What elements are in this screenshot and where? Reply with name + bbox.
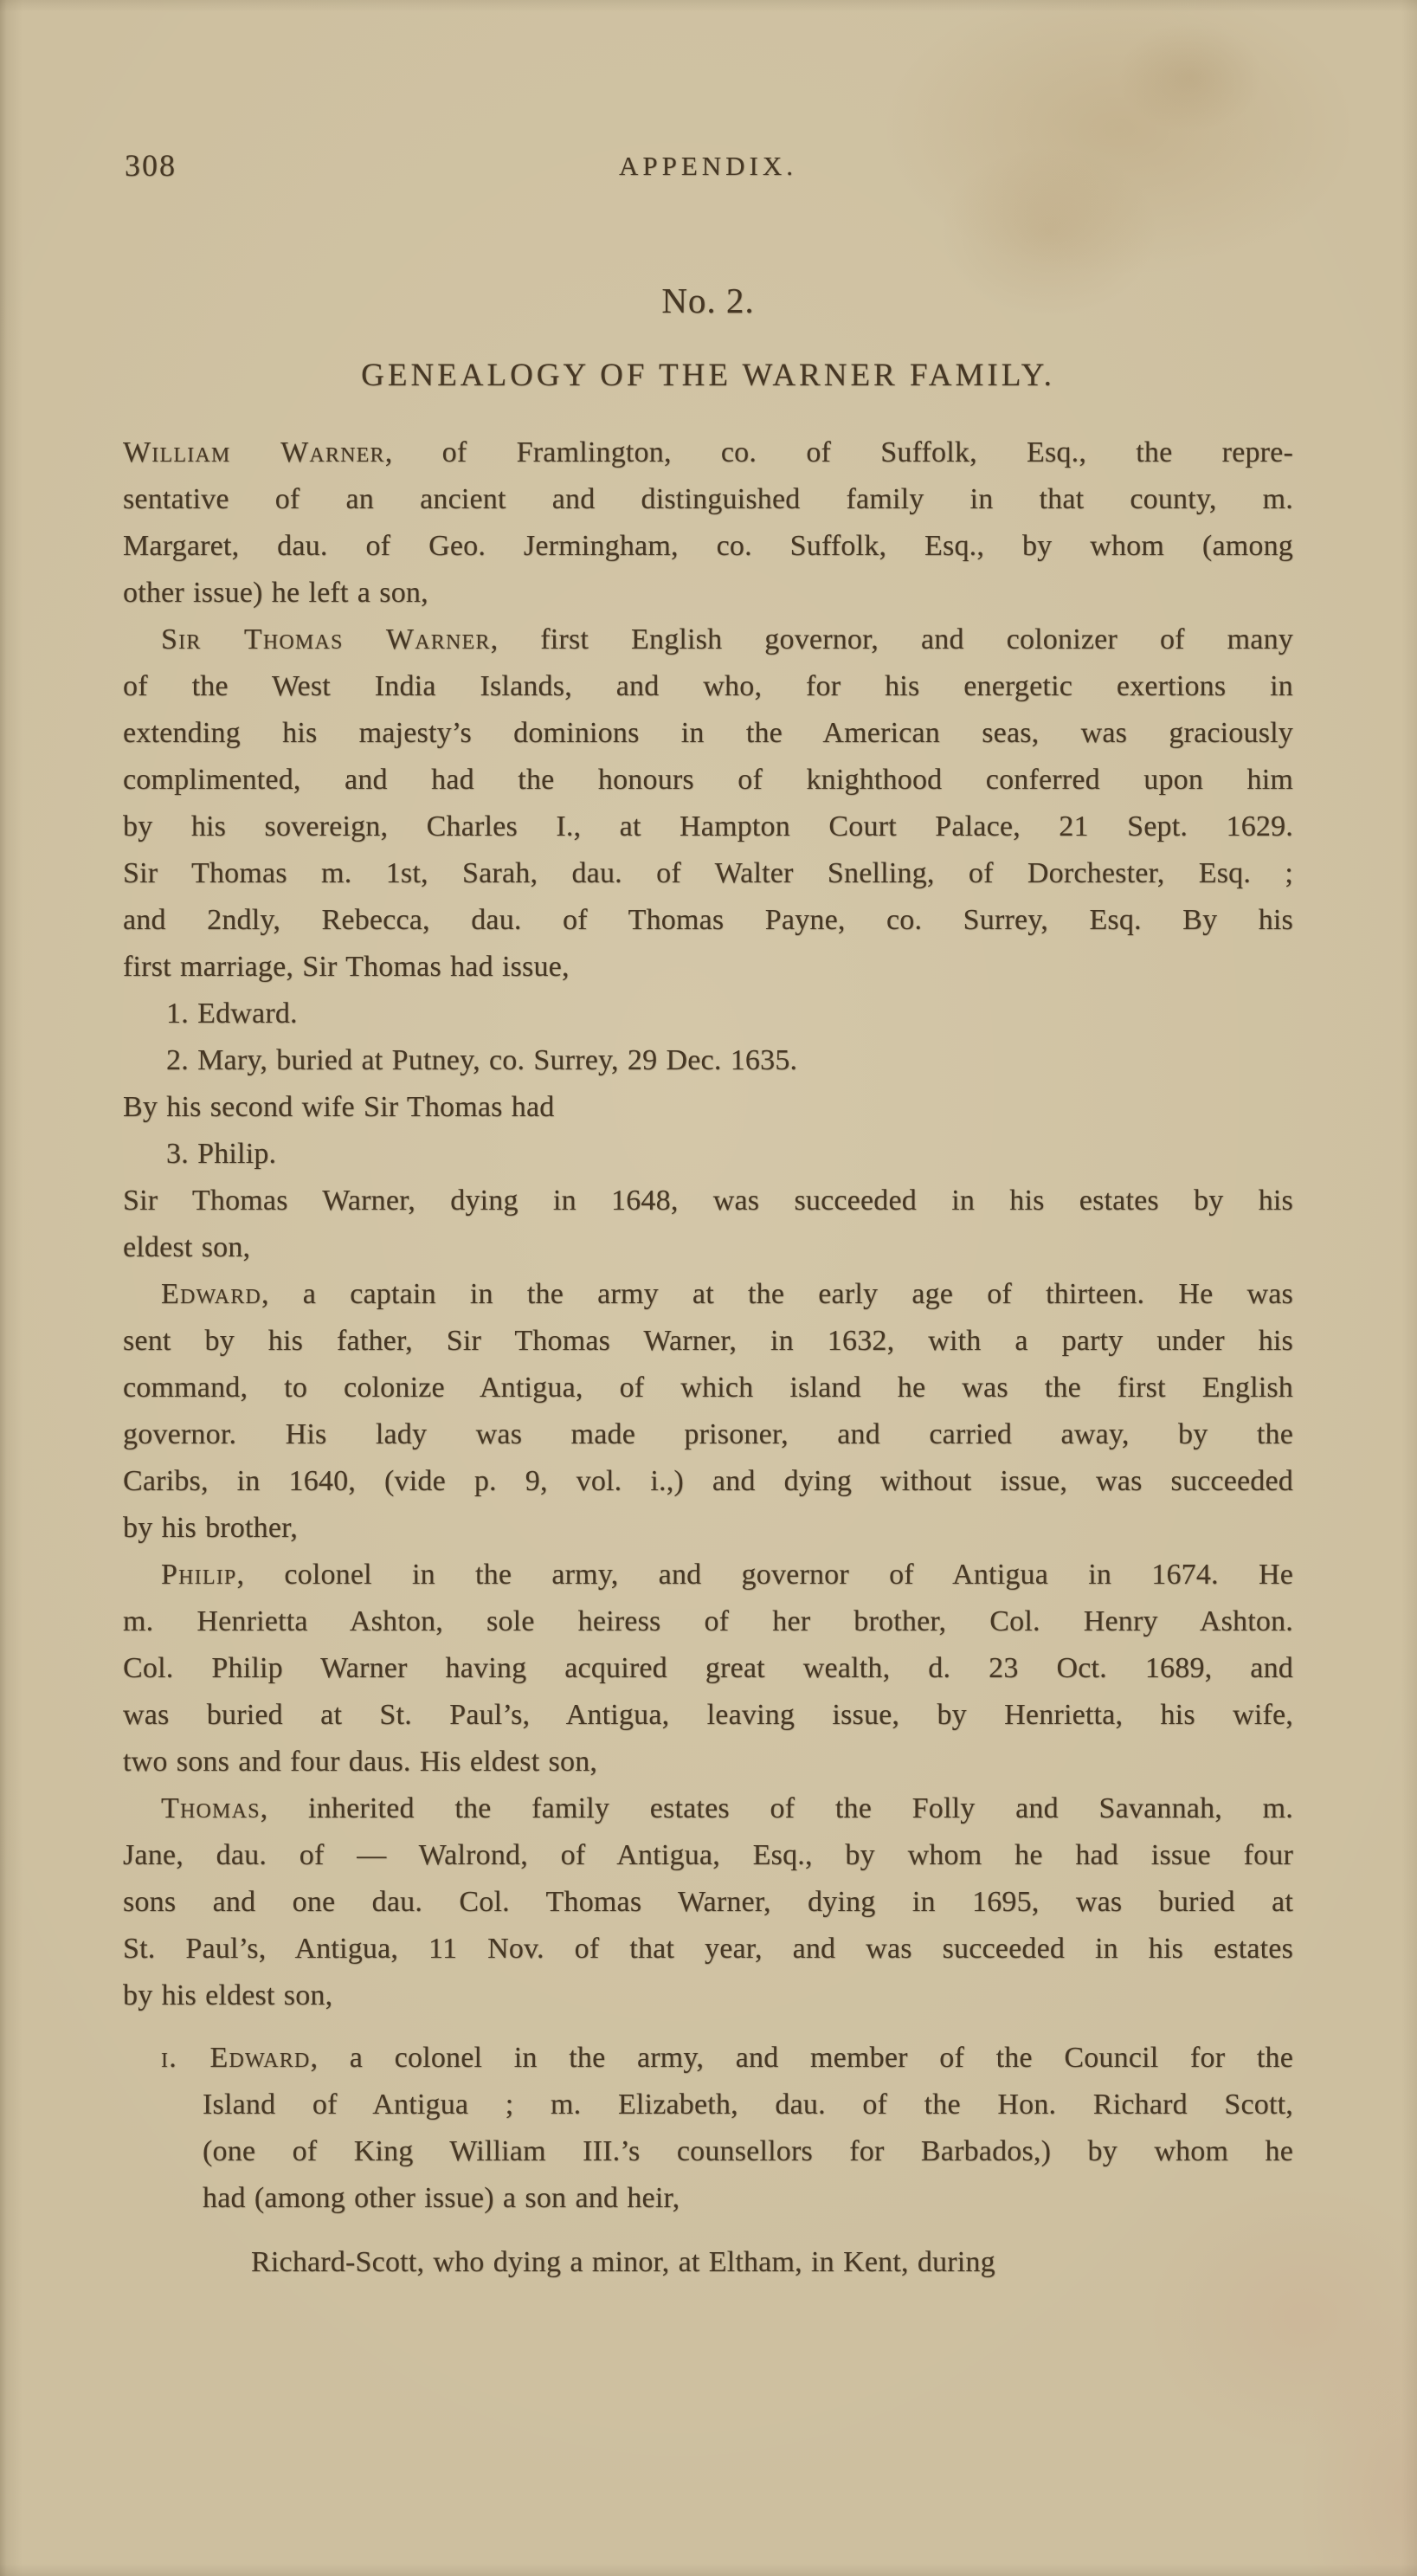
text-line: Sir Thomas m. 1st, Sarah, dau. of Walter…	[123, 850, 1293, 897]
text-line: 2. Mary, buried at Putney, co. Surrey, 2…	[123, 1037, 1293, 1084]
text-block: Thomas, inherited the family estates of …	[123, 1785, 1293, 2019]
page-header: 308 APPENDIX.	[123, 145, 1293, 184]
text-block: Richard-Scott, who dying a minor, at Elt…	[123, 2239, 1293, 2286]
page-body: William Warner, of Framlington, co. of S…	[123, 429, 1293, 2286]
running-title: APPENDIX.	[123, 145, 1293, 182]
section-title: GENEALOGY OF THE WARNER FAMILY.	[123, 357, 1293, 394]
text-block: 1. Edward.	[123, 991, 1293, 1037]
text-line: 1. Edward.	[123, 991, 1293, 1037]
text-block: 2. Mary, buried at Putney, co. Surrey, 2…	[123, 1037, 1293, 1084]
text-line: command, to colonize Antigua, of which i…	[123, 1365, 1293, 1411]
text-line: Sir Thomas Warner, dying in 1648, was su…	[123, 1178, 1293, 1224]
text-line: Richard-Scott, who dying a minor, at Elt…	[123, 2239, 1293, 2286]
text-line: Edward, a captain in the army at the ear…	[123, 1271, 1293, 1318]
text-line: sent by his father, Sir Thomas Warner, i…	[123, 1318, 1293, 1365]
text-line: eldest son,	[123, 1224, 1293, 1271]
text-line: St. Paul’s, Antigua, 11 Nov. of that yea…	[123, 1926, 1293, 1972]
text-line: Margaret, dau. of Geo. Jermingham, co. S…	[123, 523, 1293, 570]
text-line: (one of King William III.’s counsellors …	[123, 2128, 1293, 2175]
text-line: and 2ndly, Rebecca, dau. of Thomas Payne…	[123, 897, 1293, 944]
text-line: By his second wife Sir Thomas had	[123, 1084, 1293, 1131]
text-line: of the West India Islands, and who, for …	[123, 663, 1293, 710]
text-line: Col. Philip Warner having acquired great…	[123, 1645, 1293, 1692]
small-caps-name: Sir Thomas Warner	[161, 623, 491, 655]
text-line: Thomas, inherited the family estates of …	[123, 1785, 1293, 1832]
text-line: extending his majesty’s dominions in the…	[123, 710, 1293, 757]
small-caps-name: Edward	[161, 1278, 261, 1310]
text-line: i. Edward, a colonel in the army, and me…	[123, 2035, 1293, 2082]
section-number: No. 2.	[123, 280, 1293, 321]
small-caps-name: i. Edward	[161, 2042, 310, 2074]
text-line: was buried at St. Paul’s, Antigua, leavi…	[123, 1692, 1293, 1739]
text-block: 3. Philip.	[123, 1131, 1293, 1178]
text-line: by his sovereign, Charles I., at Hampton…	[123, 804, 1293, 850]
page-number: 308	[125, 147, 177, 184]
text-line: sons and one dau. Col. Thomas Warner, dy…	[123, 1879, 1293, 1926]
text-line: sentative of an ancient and distinguishe…	[123, 476, 1293, 523]
text-line: Jane, dau. of — Walrond, of Antigua, Esq…	[123, 1832, 1293, 1879]
text-line: by his eldest son,	[123, 1972, 1293, 2019]
text-line: other issue) he left a son,	[123, 570, 1293, 617]
small-caps-name: Philip	[161, 1559, 236, 1591]
text-line: by his brother,	[123, 1505, 1293, 1552]
text-line: William Warner, of Framlington, co. of S…	[123, 429, 1293, 476]
text-block: Edward, a captain in the army at the ear…	[123, 1271, 1293, 1552]
text-block: By his second wife Sir Thomas had	[123, 1084, 1293, 1131]
text-block: i. Edward, a colonel in the army, and me…	[123, 2035, 1293, 2222]
book-page: 308 APPENDIX. No. 2. GENEALOGY OF THE WA…	[0, 0, 1417, 2576]
text-line: governor. His lady was made prisoner, an…	[123, 1411, 1293, 1458]
text-line: Philip, colonel in the army, and governo…	[123, 1552, 1293, 1598]
text-line: Sir Thomas Warner, first English governo…	[123, 617, 1293, 663]
text-line: 3. Philip.	[123, 1131, 1293, 1178]
text-block: Sir Thomas Warner, first English governo…	[123, 617, 1293, 991]
text-line: m. Henrietta Ashton, sole heiress of her…	[123, 1598, 1293, 1645]
text-line: complimented, and had the honours of kni…	[123, 757, 1293, 804]
text-line: first marriage, Sir Thomas had issue,	[123, 944, 1293, 991]
text-block: Sir Thomas Warner, dying in 1648, was su…	[123, 1178, 1293, 1271]
text-block: William Warner, of Framlington, co. of S…	[123, 429, 1293, 617]
text-line: Island of Antigua ; m. Elizabeth, dau. o…	[123, 2082, 1293, 2128]
small-caps-name: Thomas	[161, 1792, 261, 1824]
small-caps-name: William Warner	[123, 436, 385, 468]
text-line: Caribs, in 1640, (vide p. 9, vol. i.,) a…	[123, 1458, 1293, 1505]
text-line: had (among other issue) a son and heir,	[123, 2175, 1293, 2222]
text-line: two sons and four daus. His eldest son,	[123, 1739, 1293, 1785]
text-block: Philip, colonel in the army, and governo…	[123, 1552, 1293, 1785]
